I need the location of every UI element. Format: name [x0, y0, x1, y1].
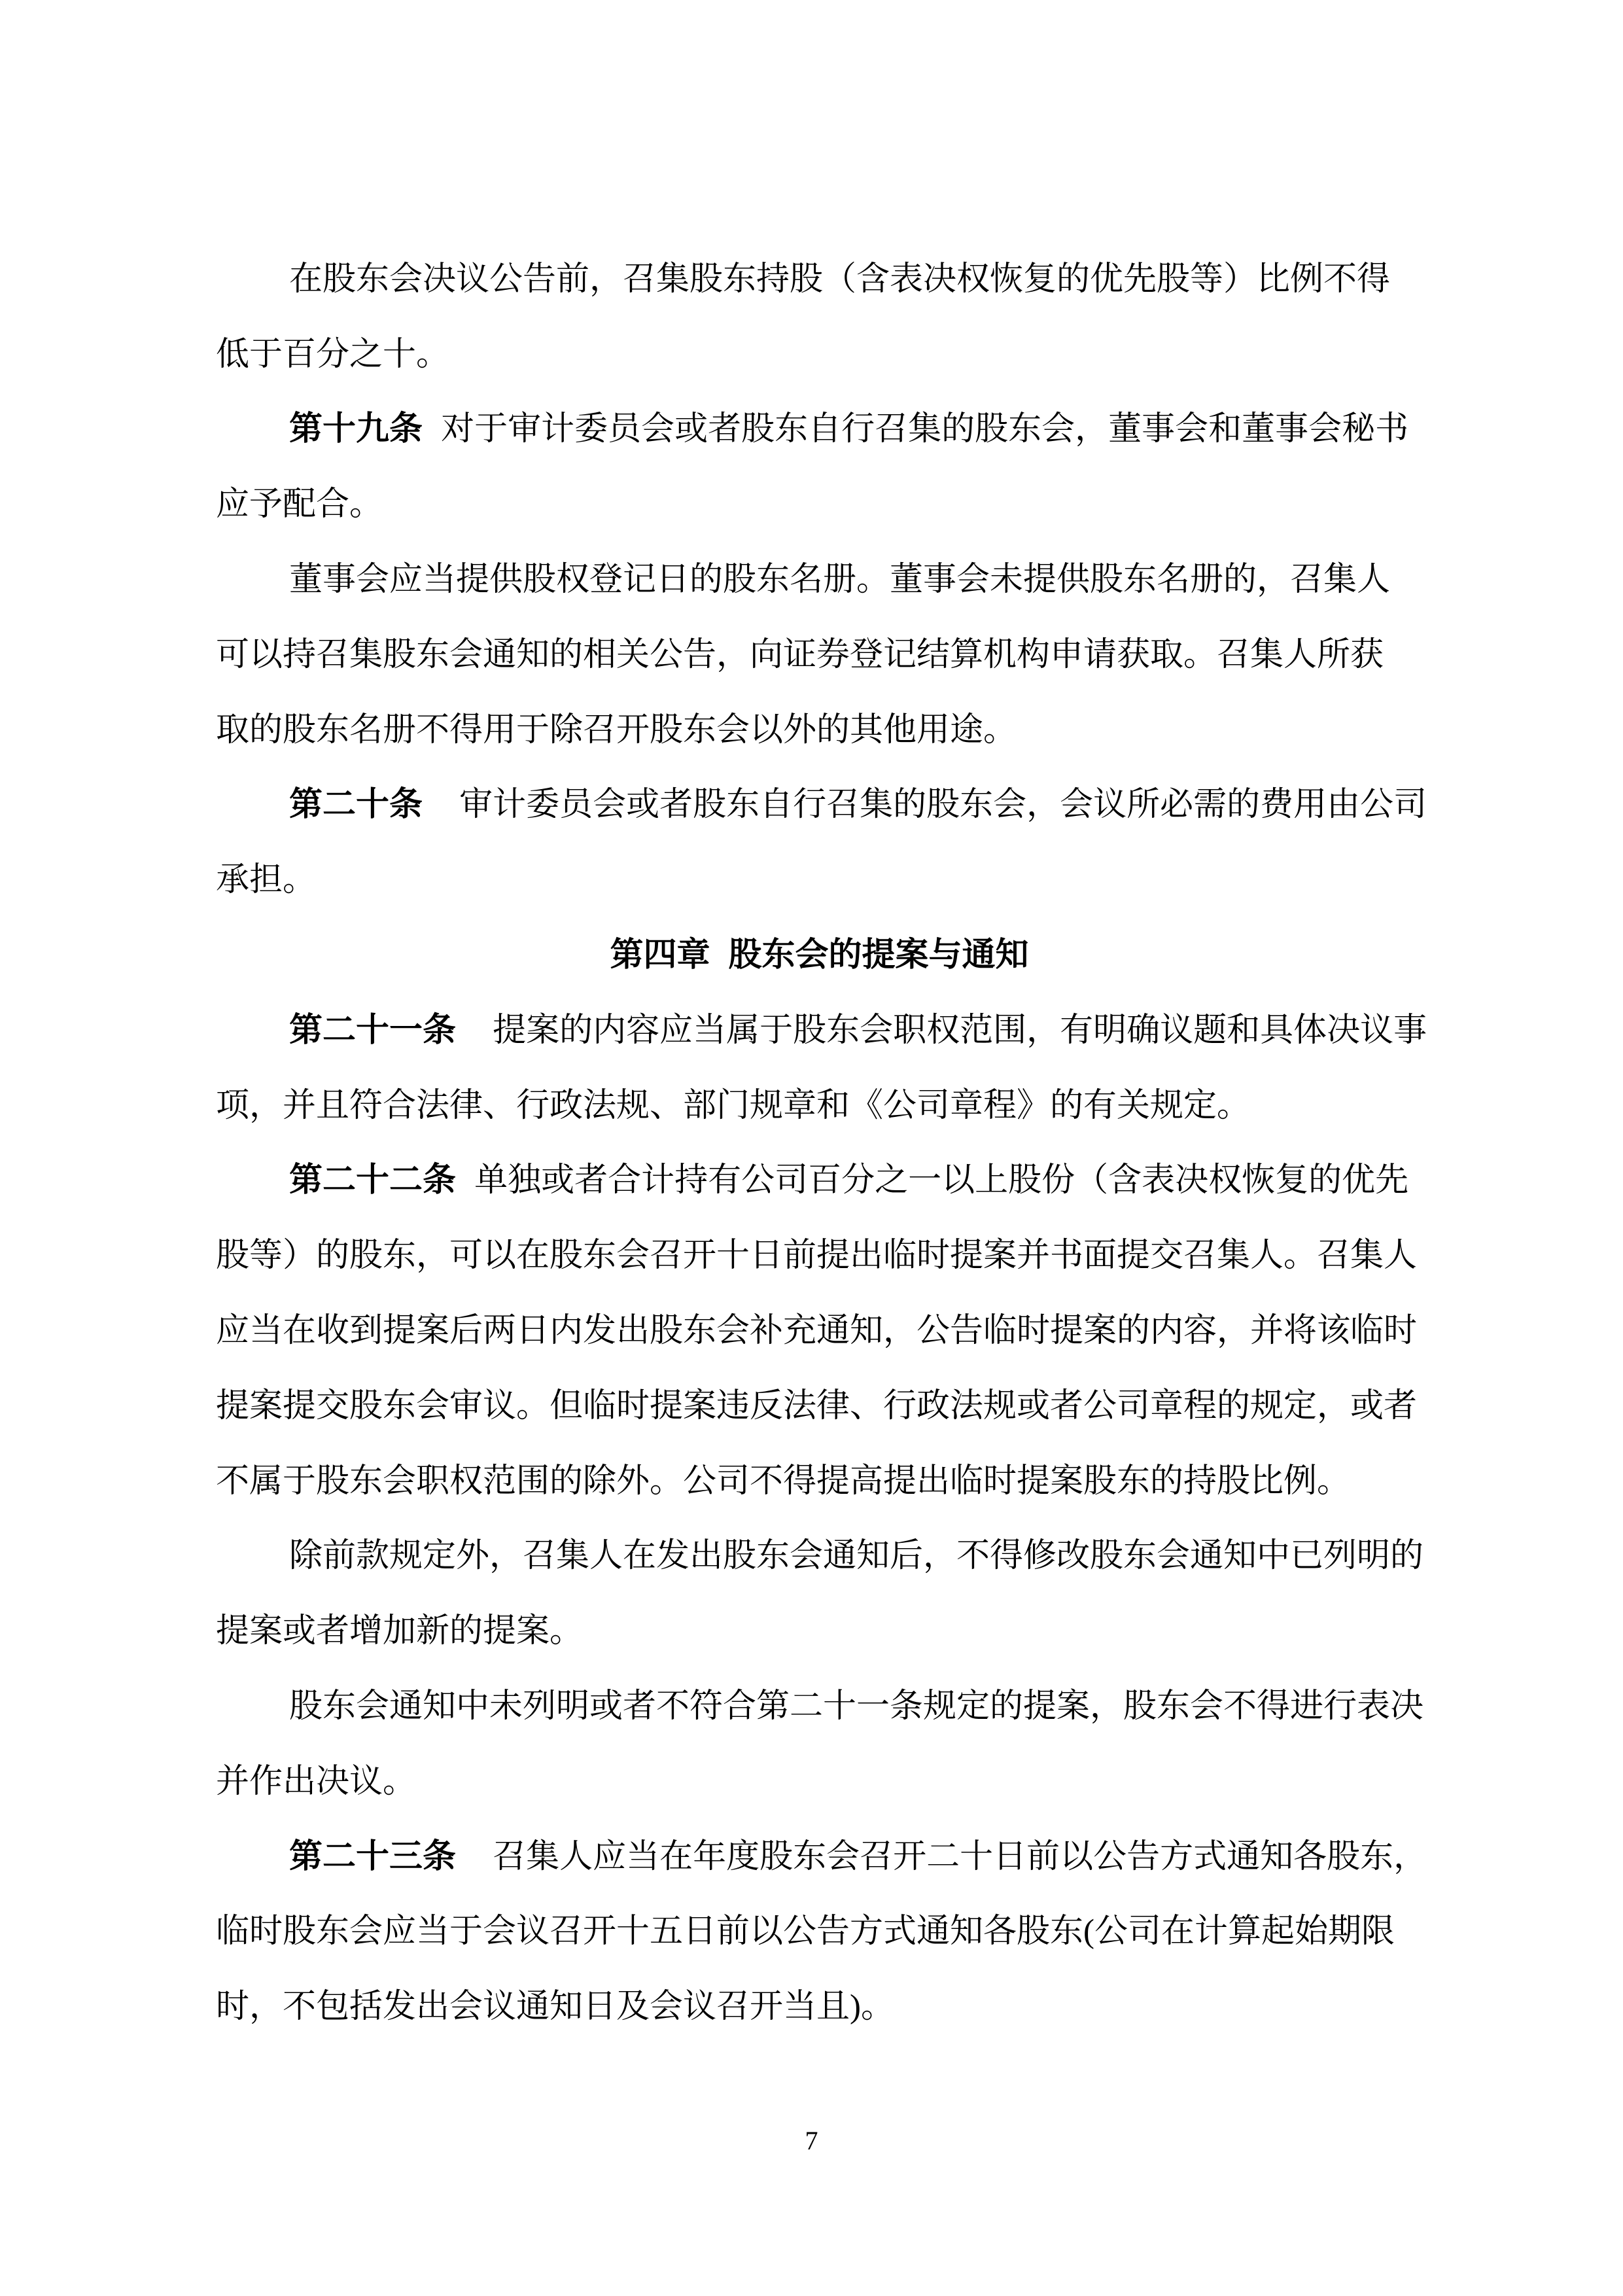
text-line: 股东会通知中未列明或者不符合第二十一条规定的提案，股东会不得进行表决 [216, 1669, 1423, 1744]
text-line: 低于百分之十。 [216, 317, 1423, 393]
text-run: 低于百分之十。 [216, 338, 449, 372]
text-line: 股等）的股东，可以在股东会召开十日前提出临时提案并书面提交召集人。召集人 [216, 1218, 1423, 1294]
text-line: 时，不包括发出会议通知日及会议召开当且)。 [216, 1969, 1423, 2045]
text-line: 应予配合。 [216, 467, 1423, 542]
text-run: 在股东会决议公告前，召集股东持股（含表决权恢复的优先股等）比例不得 [289, 263, 1390, 296]
text-run: 单独或者合计持有公司百分之一以上股份（含表决权恢复的优先 [456, 1164, 1408, 1197]
page-number: 7 [0, 2128, 1623, 2154]
text-line: 不属于股东会职权范围的除外。公司不得提高提出临时提案股东的持股比例。 [216, 1444, 1423, 1519]
text-run: 应当在收到提案后两日内发出股东会补充通知，公告临时提案的内容，并将该临时 [216, 1315, 1417, 1348]
text-run: 提案的内容应当属于股东会职权范围，有明确议题和具体决议事 [456, 1014, 1427, 1048]
text-run: 并作出决议。 [216, 1765, 416, 1799]
text-line: 项，并且符合法律、行政法规、部门规章和《公司章程》的有关规定。 [216, 1069, 1423, 1144]
text-run: 除前款规定外，召集人在发出股东会通知后，不得修改股东会通知中已列明的 [289, 1540, 1423, 1573]
document-body: 在股东会决议公告前，召集股东持股（含表决权恢复的优先股等）比例不得低于百分之十。… [216, 242, 1423, 2045]
chapter-heading: 第四章 股东会的提案与通知 [216, 918, 1423, 993]
text-line: 第二十二条 单独或者合计持有公司百分之一以上股份（含表决权恢复的优先 [216, 1144, 1423, 1219]
text-line: 提案或者增加新的提案。 [216, 1594, 1423, 1669]
text-line: 承担。 [216, 843, 1423, 918]
article-number: 第十九条 [289, 413, 423, 446]
text-line: 第二十三条 召集人应当在年度股东会召开二十日前以公告方式通知各股东， [216, 1820, 1423, 1895]
document-page: 在股东会决议公告前，召集股东持股（含表决权恢复的优先股等）比例不得低于百分之十。… [0, 0, 1623, 2296]
text-line: 董事会应当提供股权登记日的股东名册。董事会未提供股东名册的，召集人 [216, 542, 1423, 618]
text-run: 项，并且符合法律、行政法规、部门规章和《公司章程》的有关规定。 [216, 1089, 1250, 1123]
text-line: 除前款规定外，召集人在发出股东会通知后，不得修改股东会通知中已列明的 [216, 1519, 1423, 1595]
article-number: 第二十二条 [289, 1164, 456, 1197]
text-run: 取的股东名册不得用于除召开股东会以外的其他用途。 [216, 714, 1017, 747]
article-number: 第二十三条 [289, 1841, 456, 1874]
text-line: 取的股东名册不得用于除召开股东会以外的其他用途。 [216, 693, 1423, 768]
text-run: 股东会通知中未列明或者不符合第二十一条规定的提案，股东会不得进行表决 [289, 1690, 1423, 1723]
text-run: 股等）的股东，可以在股东会召开十日前提出临时提案并书面提交召集人。召集人 [216, 1239, 1417, 1273]
text-run: 董事会应当提供股权登记日的股东名册。董事会未提供股东名册的，召集人 [289, 563, 1390, 597]
text-run: 不属于股东会职权范围的除外。公司不得提高提出临时提案股东的持股比例。 [216, 1465, 1350, 1498]
text-line: 并作出决议。 [216, 1744, 1423, 1820]
text-run: 提案提交股东会审议。但临时提案违反法律、行政法规或者公司章程的规定，或者 [216, 1390, 1417, 1423]
article-number: 第四章 股东会的提案与通知 [610, 939, 1028, 972]
text-line: 应当在收到提案后两日内发出股东会补充通知，公告临时提案的内容，并将该临时 [216, 1294, 1423, 1369]
text-run: 时，不包括发出会议通知日及会议召开当且)。 [216, 1990, 894, 2024]
text-run: 可以持召集股东会通知的相关公告，向证券登记结算机构申请获取。召集人所获 [216, 639, 1384, 672]
text-line: 提案提交股东会审议。但临时提案违反法律、行政法规或者公司章程的规定，或者 [216, 1369, 1423, 1444]
article-number: 第二十一条 [289, 1014, 456, 1048]
article-number: 第二十条 [289, 788, 423, 822]
text-run: 对于审计委员会或者股东自行召集的股东会，董事会和董事会秘书 [423, 413, 1408, 446]
text-line: 第二十条 审计委员会或者股东自行召集的股东会，会议所必需的费用由公司 [216, 768, 1423, 843]
text-line: 在股东会决议公告前，召集股东持股（含表决权恢复的优先股等）比例不得 [216, 242, 1423, 317]
text-run: 提案或者增加新的提案。 [216, 1615, 583, 1648]
text-line: 第二十一条 提案的内容应当属于股东会职权范围，有明确议题和具体决议事 [216, 993, 1423, 1069]
text-run: 应予配合。 [216, 488, 383, 521]
text-run: 临时股东会应当于会议召开十五日前以公告方式通知各股东(公司在计算起始期限 [216, 1915, 1395, 1949]
text-run: 承担。 [216, 864, 316, 897]
text-line: 临时股东会应当于会议召开十五日前以公告方式通知各股东(公司在计算起始期限 [216, 1895, 1423, 1970]
text-run: 审计委员会或者股东自行召集的股东会，会议所必需的费用由公司 [423, 788, 1427, 822]
text-run: 召集人应当在年度股东会召开二十日前以公告方式通知各股东， [456, 1841, 1427, 1874]
text-line: 第十九条 对于审计委员会或者股东自行召集的股东会，董事会和董事会秘书 [216, 393, 1423, 468]
text-line: 可以持召集股东会通知的相关公告，向证券登记结算机构申请获取。召集人所获 [216, 618, 1423, 693]
